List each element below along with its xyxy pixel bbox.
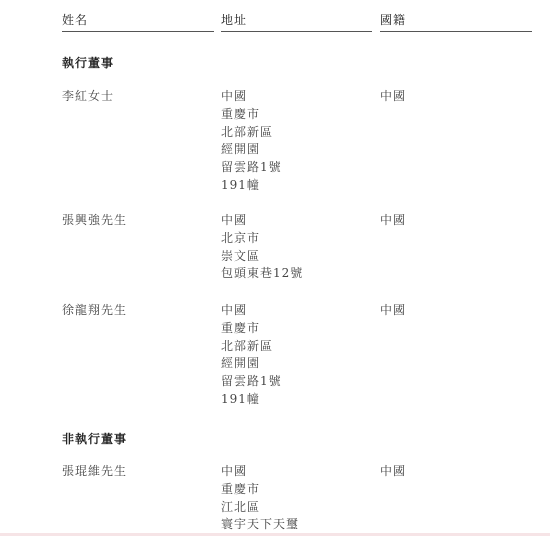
director-address: 中國 重慶市 北部新區 經開園 留雲路1號 191幢 xyxy=(221,88,282,195)
header-name: 姓名 xyxy=(62,12,214,32)
address-line: 中國 xyxy=(221,88,282,106)
section-title-non-executive: 非執行董事 xyxy=(62,430,127,447)
address-line: 崇文區 xyxy=(221,248,303,266)
table-header: 姓名 地址 國籍 xyxy=(62,12,532,32)
director-name: 徐龍翔先生 xyxy=(62,302,127,320)
address-line: 中國 xyxy=(221,463,299,481)
address-line: 留雲路1號 xyxy=(221,159,282,177)
header-nationality: 國籍 xyxy=(380,12,532,32)
address-line: 寰宇天下天璽 xyxy=(221,516,299,534)
director-nationality: 中國 xyxy=(380,463,406,481)
director-nationality: 中國 xyxy=(380,88,406,106)
address-line: 重慶市 xyxy=(221,481,299,499)
address-line: 經開園 xyxy=(221,355,282,373)
address-line: 北部新區 xyxy=(221,338,282,356)
address-line: 191幢 xyxy=(221,391,282,409)
address-line: 北部新區 xyxy=(221,124,282,142)
address-line: 包頭東巷12號 xyxy=(221,265,303,283)
section-title-executive: 執行董事 xyxy=(62,54,114,71)
address-line: 經開園 xyxy=(221,141,282,159)
address-line: 191幢 xyxy=(221,177,282,195)
address-line: 北京市 xyxy=(221,230,303,248)
director-name: 張興強先生 xyxy=(62,212,127,230)
director-nationality: 中國 xyxy=(380,212,406,230)
director-name: 張琨維先生 xyxy=(62,463,127,481)
director-address: 中國 北京市 崇文區 包頭東巷12號 xyxy=(221,212,303,283)
director-address: 中國 重慶市 江北區 寰宇天下天璽 xyxy=(221,463,299,534)
address-line: 重慶市 xyxy=(221,320,282,338)
address-line: 中國 xyxy=(221,212,303,230)
director-name: 李紅女士 xyxy=(62,88,114,106)
address-line: 中國 xyxy=(221,302,282,320)
director-address: 中國 重慶市 北部新區 經開園 留雲路1號 191幢 xyxy=(221,302,282,409)
header-address: 地址 xyxy=(221,12,372,32)
address-line: 江北區 xyxy=(221,499,299,517)
address-line: 留雲路1號 xyxy=(221,373,282,391)
address-line: 重慶市 xyxy=(221,106,282,124)
director-nationality: 中國 xyxy=(380,302,406,320)
